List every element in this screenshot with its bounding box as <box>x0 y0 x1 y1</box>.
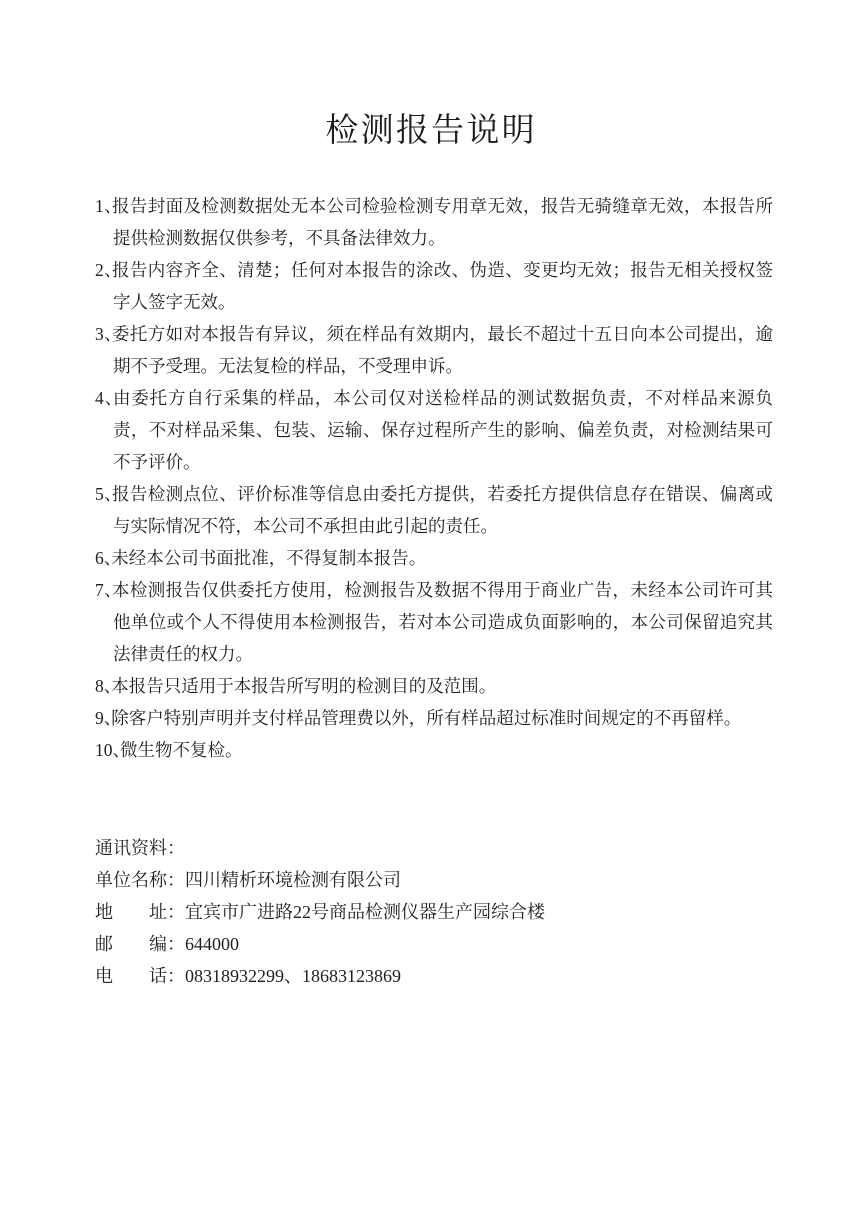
note-item-10: 10、微生物不复检。 <box>95 734 773 766</box>
contact-label: 邮 编： <box>95 934 185 954</box>
note-text: 报告封面及检测数据处无本公司检验检测专用章无效，报告无骑缝章无效，本报告所提供检… <box>112 196 773 248</box>
note-text: 微生物不复检。 <box>120 740 243 760</box>
contact-row-address: 地 址：宜宾市广进路22号商品检测仪器生产园综合楼 <box>95 896 773 928</box>
note-item-5: 5、报告检测点位、评价标准等信息由委托方提供，若委托方提供信息存在错误、偏离或与… <box>95 478 773 542</box>
note-item-3: 3、委托方如对本报告有异议，须在样品有效期内，最长不超过十五日向本公司提出，逾期… <box>95 318 773 382</box>
note-item-9: 9、除客户特别声明并支付样品管理费以外，所有样品超过标准时间规定的不再留样。 <box>95 702 773 734</box>
note-text: 除客户特别声明并支付样品管理费以外，所有样品超过标准时间规定的不再留样。 <box>111 708 741 728</box>
note-item-2: 2、报告内容齐全、清楚；任何对本报告的涂改、伪造、变更均无效；报告无相关授权签字… <box>95 254 773 318</box>
contact-label: 电 话： <box>95 966 185 986</box>
note-item-4: 4、由委托方自行采集的样品，本公司仅对送检样品的测试数据负责，不对样品来源负责，… <box>95 382 773 478</box>
note-item-6: 6、未经本公司书面批准，不得复制本报告。 <box>95 542 773 574</box>
contact-label: 单位名称： <box>95 870 185 890</box>
contact-row-postcode: 邮 编：644000 <box>95 928 773 960</box>
notes-list: 1、报告封面及检测数据处无本公司检验检测专用章无效，报告无骑缝章无效，本报告所提… <box>0 190 860 766</box>
contact-label: 地 址： <box>95 902 185 922</box>
contact-row-phone: 电 话：08318932299、18683123869 <box>95 960 773 992</box>
note-text: 委托方如对本报告有异议，须在样品有效期内，最长不超过十五日向本公司提出，逾期不予… <box>112 324 773 376</box>
contact-value: 四川精析环境检测有限公司 <box>185 870 401 890</box>
note-item-8: 8、本报告只适用于本报告所写明的检测目的及范围。 <box>95 670 773 702</box>
note-text: 报告检测点位、评价标准等信息由委托方提供，若委托方提供信息存在错误、偏离或与实际… <box>112 484 773 536</box>
note-text: 报告内容齐全、清楚；任何对本报告的涂改、伪造、变更均无效；报告无相关授权签字人签… <box>112 260 773 312</box>
note-text: 本报告只适用于本报告所写明的检测目的及范围。 <box>111 676 496 696</box>
page-title: 检 测 报 告 说 明 <box>0 0 860 152</box>
note-text: 本检测报告仅供委托方使用，检测报告及数据不得用于商业广告，未经本公司许可其他单位… <box>112 580 773 664</box>
contact-value: 宜宾市广进路22号商品检测仪器生产园综合楼 <box>185 902 545 922</box>
contact-row-company: 单位名称：四川精析环境检测有限公司 <box>95 864 773 896</box>
note-text: 未经本公司书面批准，不得复制本报告。 <box>111 548 426 568</box>
contact-value: 644000 <box>185 934 239 954</box>
contact-section: 通讯资料： 单位名称：四川精析环境检测有限公司 地 址：宜宾市广进路22号商品检… <box>0 832 860 992</box>
contact-value: 08318932299、18683123869 <box>185 966 401 986</box>
note-text: 由委托方自行采集的样品，本公司仅对送检样品的测试数据负责，不对样品来源负责，不对… <box>113 388 773 472</box>
note-item-7: 7、本检测报告仅供委托方使用，检测报告及数据不得用于商业广告，未经本公司许可其他… <box>95 574 773 670</box>
note-item-1: 1、报告封面及检测数据处无本公司检验检测专用章无效，报告无骑缝章无效，本报告所提… <box>95 190 773 254</box>
report-notes-page: 检 测 报 告 说 明 1、报告封面及检测数据处无本公司检验检测专用章无效，报告… <box>0 0 860 1217</box>
contact-heading: 通讯资料： <box>95 832 773 864</box>
